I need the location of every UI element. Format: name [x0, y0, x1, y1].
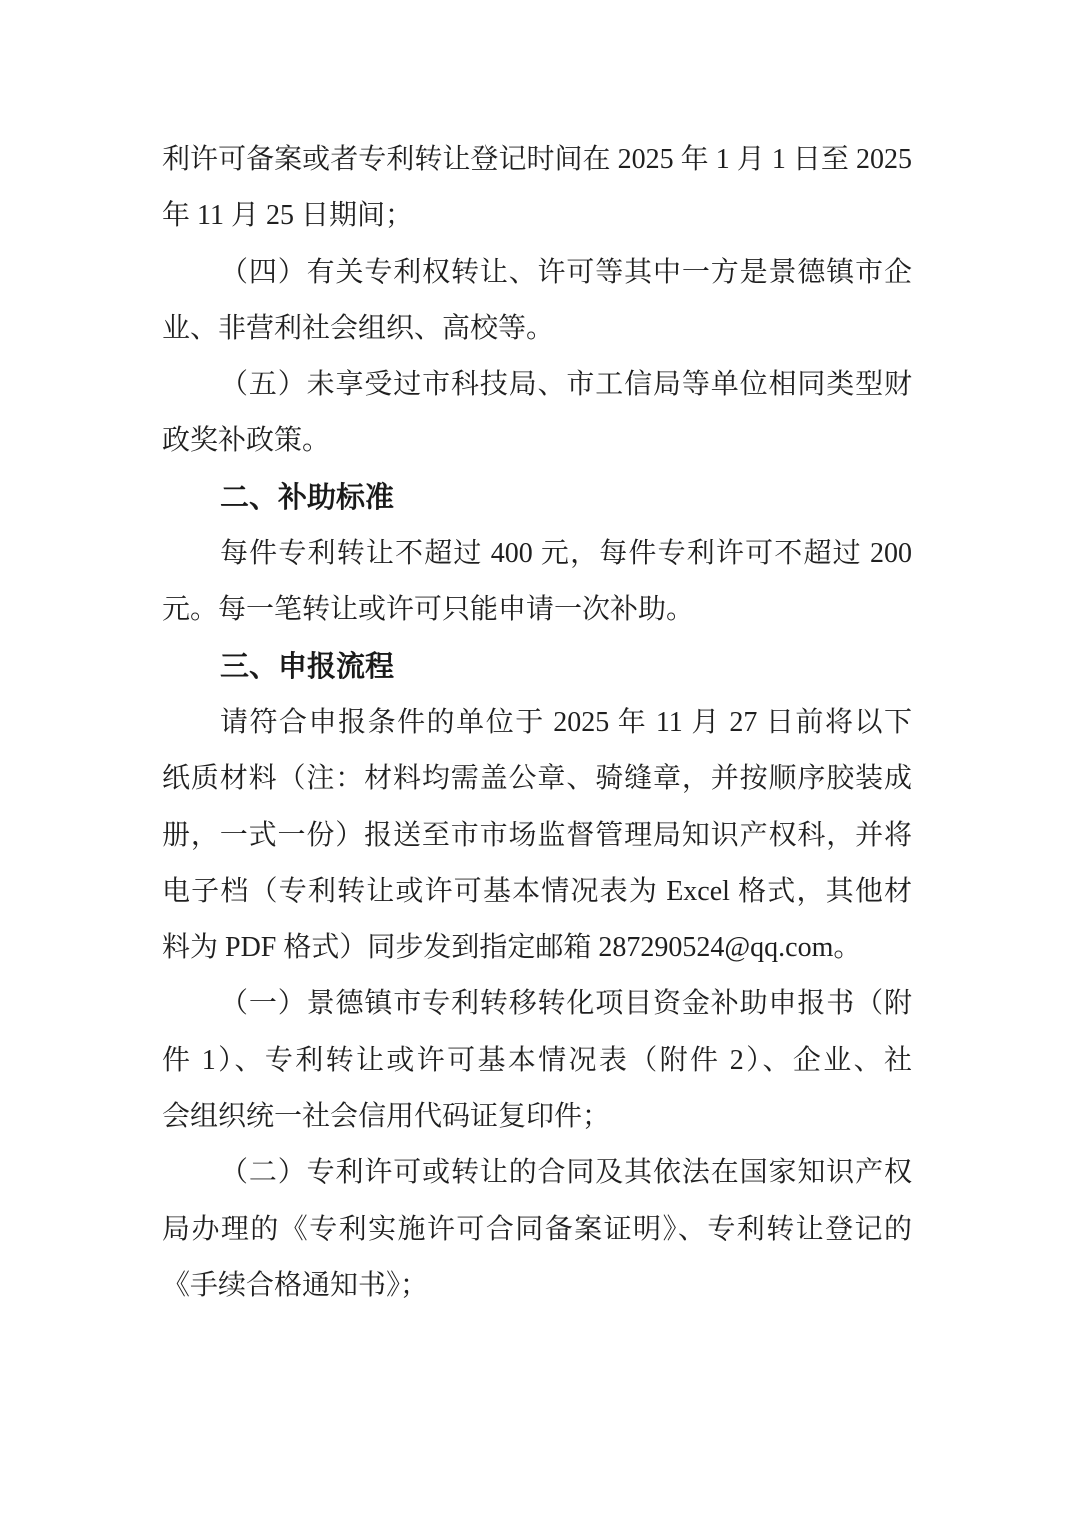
paragraph-line: 料为 PDF 格式）同步发到指定邮箱 287290524@qq.com。	[162, 920, 912, 976]
paragraph-line: 局办理的《专利实施许可合同备案证明》、专利转让登记的	[162, 1202, 912, 1258]
paragraph-line: 件 1）、专利转让或许可基本情况表（附件 2）、企业、社	[162, 1033, 912, 1089]
paragraph-line: （二）专利许可或转让的合同及其依法在国家知识产权	[162, 1145, 912, 1201]
paragraph-line: 利许可备案或者专利转让登记时间在 2025 年 1 月 1 日至 2025	[162, 132, 912, 188]
paragraph-line: 年 11 月 25 日期间；	[162, 188, 912, 244]
paragraph-line: 元。每一笔转让或许可只能申请一次补助。	[162, 582, 912, 638]
paragraph-line: 册，一式一份）报送至市市场监督管理局知识产权科，并将	[162, 808, 912, 864]
paragraph-line: （四）有关专利权转让、许可等其中一方是景德镇市企	[162, 245, 912, 301]
paragraph-line: 业、非营利社会组织、高校等。	[162, 301, 912, 357]
paragraph-line: 纸质材料（注：材料均需盖公章、骑缝章，并按顺序胶装成	[162, 751, 912, 807]
paragraph-line: 会组织统一社会信用代码证复印件；	[162, 1089, 912, 1145]
document-page: 利许可备案或者专利转让登记时间在 2025 年 1 月 1 日至 2025 年 …	[0, 0, 1074, 1520]
paragraph-line: （五）未享受过市科技局、市工信局等单位相同类型财	[162, 357, 912, 413]
section-heading: 三、申报流程	[162, 639, 912, 695]
document-text-block: 利许可备案或者专利转让登记时间在 2025 年 1 月 1 日至 2025 年 …	[162, 132, 912, 1314]
paragraph-line: 《手续合格通知书》；	[162, 1258, 912, 1314]
paragraph-line: 每件专利转让不超过 400 元，每件专利许可不超过 200	[162, 526, 912, 582]
section-heading: 二、补助标准	[162, 470, 912, 526]
paragraph-line: 电子档（专利转让或许可基本情况表为 Excel 格式，其他材	[162, 864, 912, 920]
paragraph-line: 政奖补政策。	[162, 413, 912, 469]
paragraph-line: （一）景德镇市专利转移转化项目资金补助申报书（附	[162, 976, 912, 1032]
paragraph-line: 请符合申报条件的单位于 2025 年 11 月 27 日前将以下	[162, 695, 912, 751]
